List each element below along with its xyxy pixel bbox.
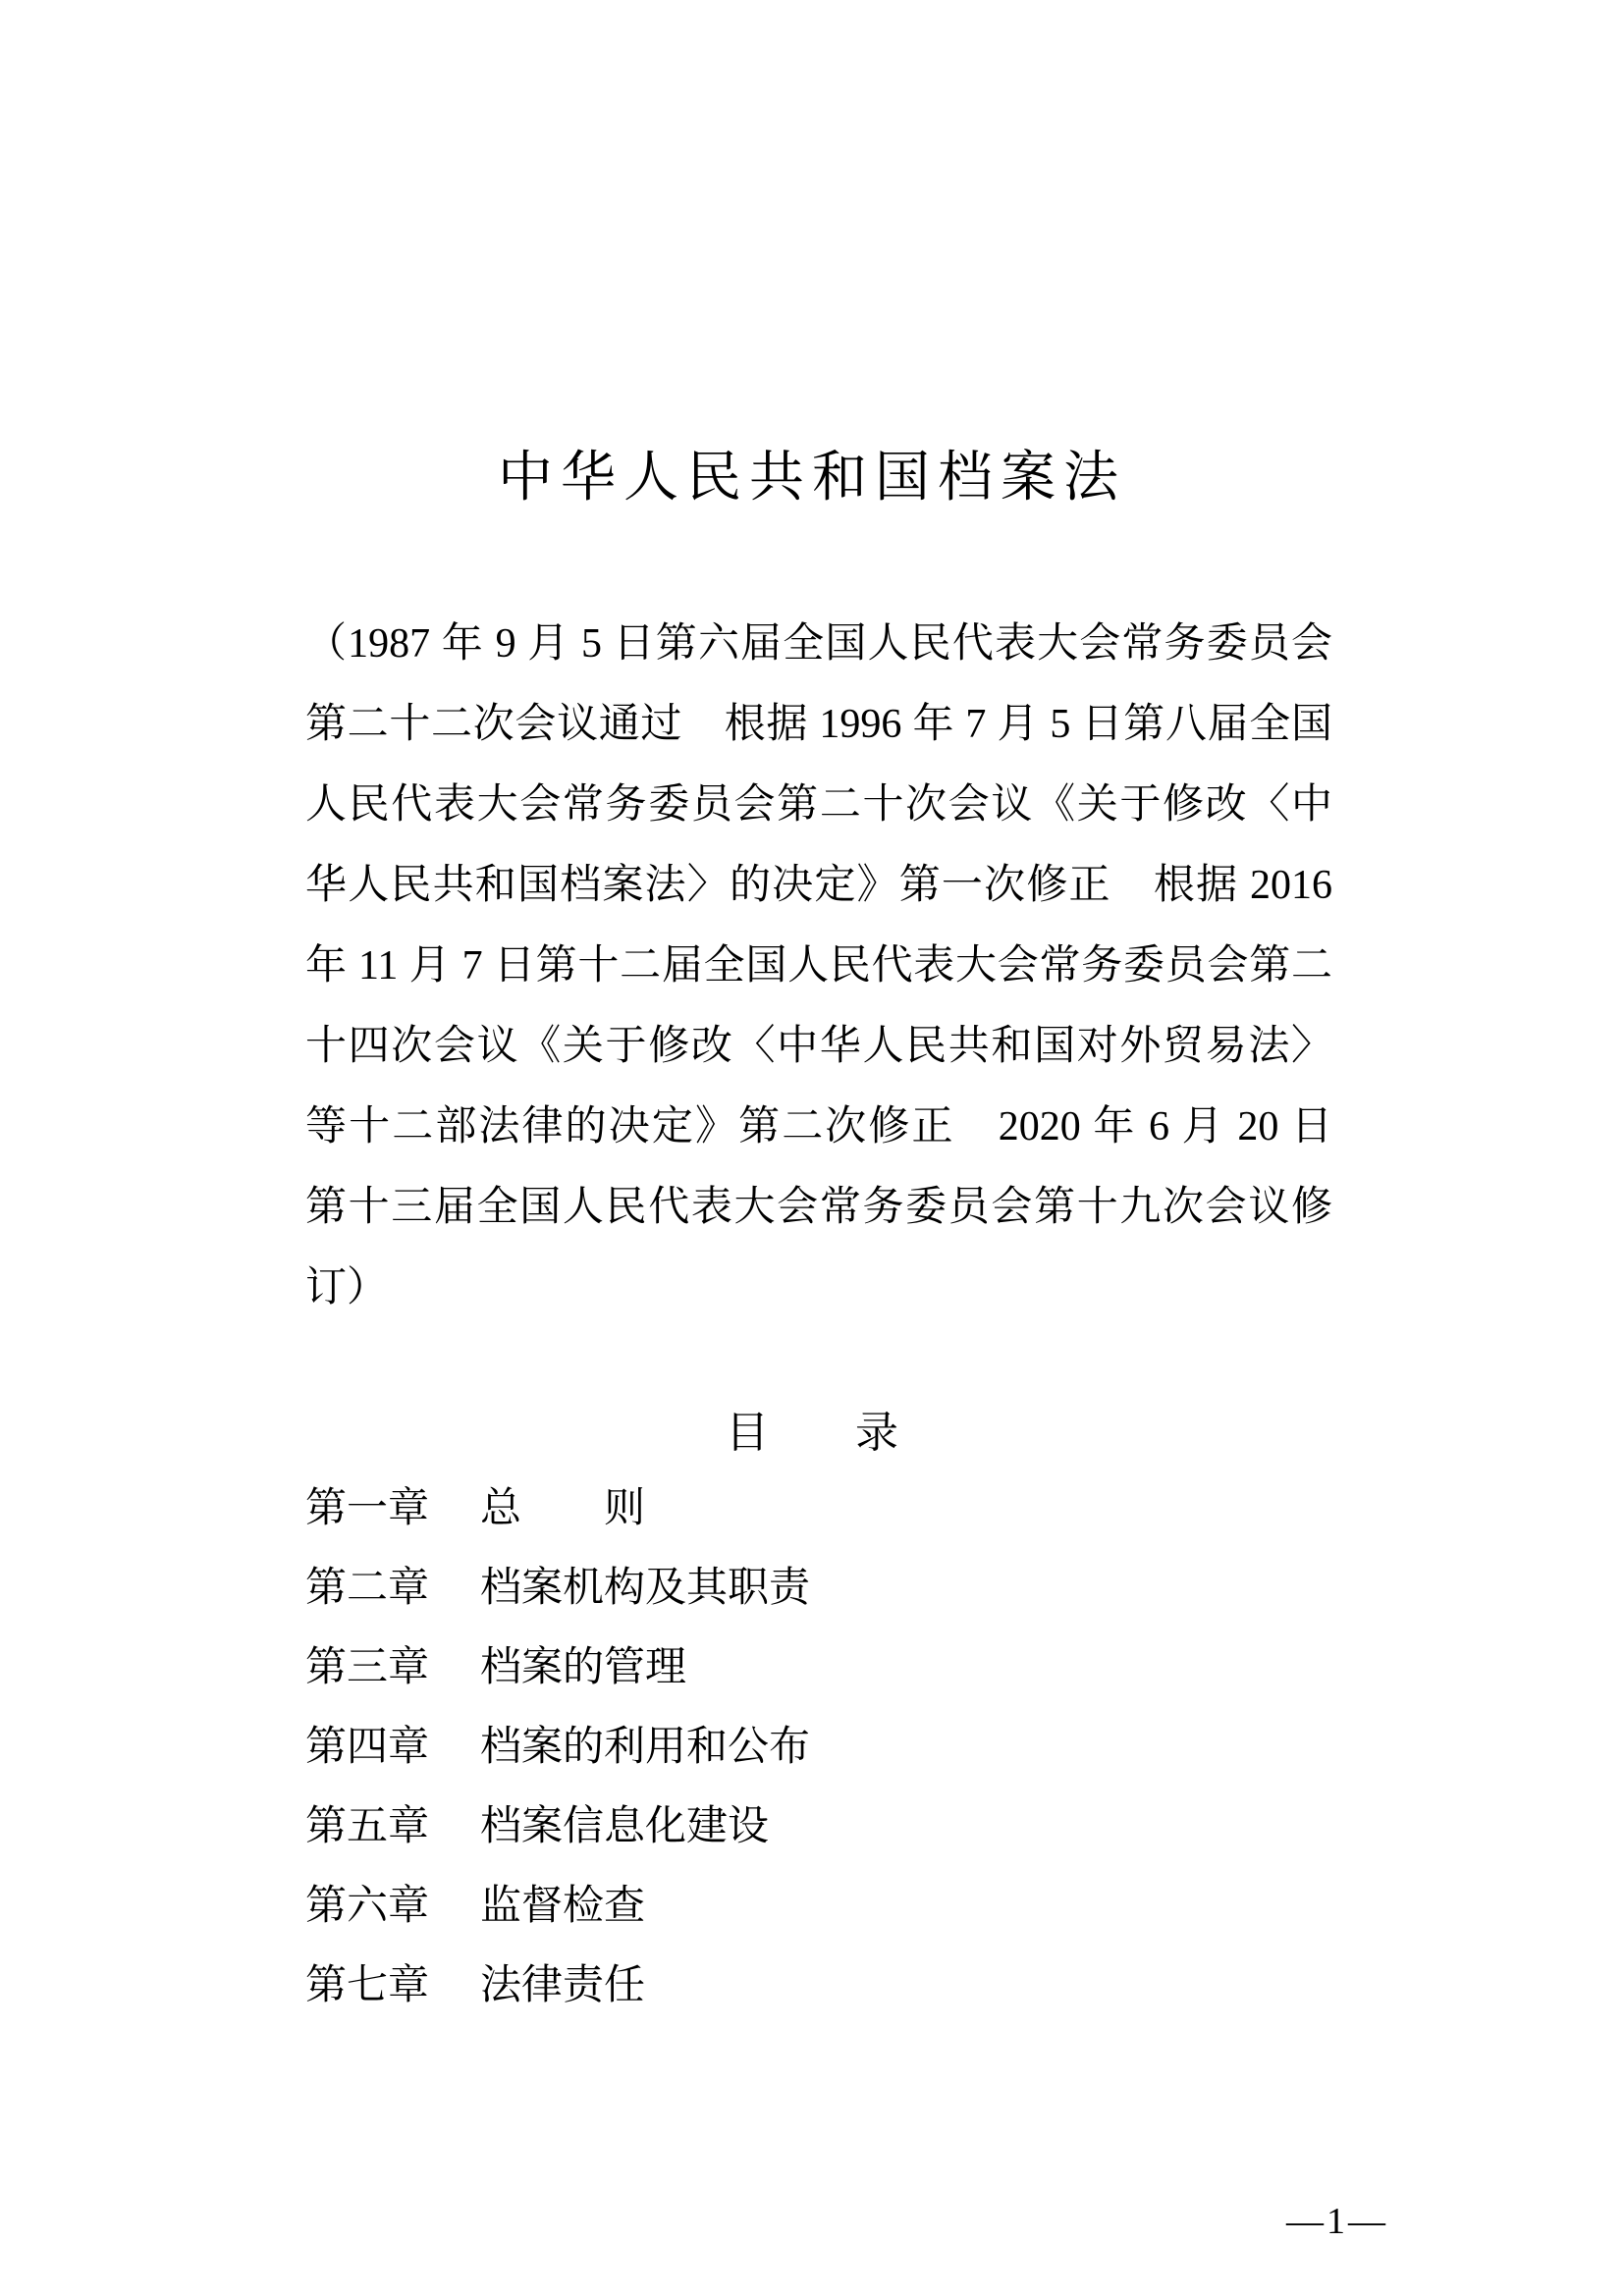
- toc-heading: 目 录: [0, 1393, 1624, 1473]
- document-title: 中华人民共和国档案法: [0, 444, 1624, 512]
- document-page: 中华人民共和国档案法 （1987 年 9 月 5 日第六届全国人民代表大会常务委…: [0, 0, 1624, 2296]
- toc-chapter-label: 第五章: [305, 1788, 480, 1867]
- toc-item: 第三章档案的管理: [305, 1629, 1332, 1708]
- toc-chapter-title: 总 则: [480, 1486, 645, 1531]
- toc-item: 第一章总 则: [305, 1469, 1332, 1549]
- toc-chapter-label: 第二章: [305, 1549, 480, 1629]
- toc-item: 第四章档案的利用和公布: [305, 1708, 1332, 1788]
- table-of-contents: 第一章总 则 第二章档案机构及其职责 第三章档案的管理 第四章档案的利用和公布 …: [305, 1469, 1332, 2026]
- enactment-history-note: （1987 年 9 月 5 日第六届全国人民代表大会常务委员会 第二十二次会议通…: [305, 604, 1332, 1328]
- toc-chapter-title: 档案信息化建设: [480, 1804, 769, 1849]
- preamble-line: 年 11 月 7 日第十二届全国人民代表大会常务委员会第二: [305, 926, 1332, 1006]
- preamble-line: （1987 年 9 月 5 日第六届全国人民代表大会常务委员会: [305, 604, 1332, 684]
- toc-chapter-label: 第一章: [305, 1469, 480, 1549]
- toc-item: 第六章监督检查: [305, 1867, 1332, 1947]
- toc-item: 第二章档案机构及其职责: [305, 1549, 1332, 1629]
- toc-chapter-label: 第四章: [305, 1708, 480, 1788]
- toc-chapter-title: 法律责任: [480, 1963, 645, 2008]
- toc-chapter-title: 档案的利用和公布: [480, 1725, 810, 1770]
- toc-item: 第五章档案信息化建设: [305, 1788, 1332, 1867]
- toc-chapter-label: 第三章: [305, 1629, 480, 1708]
- page-number: —1—: [1239, 2196, 1435, 2247]
- preamble-line: 十四次会议《关于修改〈中华人民共和国对外贸易法〉: [305, 1006, 1332, 1087]
- toc-chapter-title: 档案机构及其职责: [480, 1566, 810, 1611]
- preamble-line: 人民代表大会常务委员会第二十次会议《关于修改〈中: [305, 765, 1332, 845]
- toc-item: 第七章法律责任: [305, 1947, 1332, 2026]
- toc-chapter-label: 第七章: [305, 1947, 480, 2026]
- preamble-line: 第二十二次会议通过 根据 1996 年 7 月 5 日第八届全国: [305, 684, 1332, 765]
- toc-chapter-title: 档案的管理: [480, 1645, 686, 1690]
- preamble-line: 华人民共和国档案法〉的决定》第一次修正 根据 2016: [305, 845, 1332, 926]
- preamble-line: 等十二部法律的决定》第二次修正 2020 年 6 月 20 日: [305, 1087, 1332, 1167]
- toc-chapter-label: 第六章: [305, 1867, 480, 1947]
- preamble-line: 订）: [305, 1248, 1332, 1328]
- toc-chapter-title: 监督检查: [480, 1884, 645, 1929]
- preamble-line: 第十三届全国人民代表大会常务委员会第十九次会议修: [305, 1167, 1332, 1248]
